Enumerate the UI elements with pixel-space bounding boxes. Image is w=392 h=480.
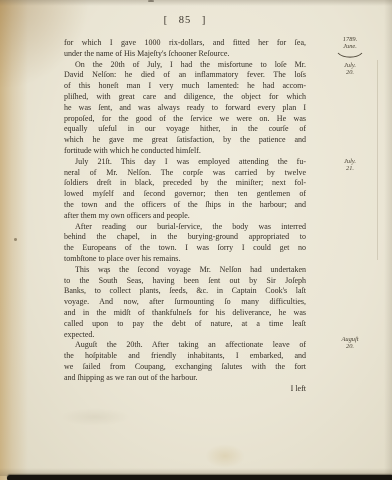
text-line: under the name of His Majeſty's ſchooner…	[64, 49, 306, 60]
text-line: pliſhed, with great care and diligence, …	[64, 92, 306, 103]
text-line: equally uſeful in our voyage hither, in …	[64, 124, 306, 135]
text-line: Auguſt the 20th. After taking an affecti…	[64, 340, 306, 351]
paper-crease	[377, 60, 378, 260]
sidenote: July.20.	[329, 62, 371, 77]
text-line: fortitude with which he conducted himſel…	[64, 146, 306, 157]
sidenote-line: 20.	[329, 343, 371, 350]
scanned-book-page: [ 85 ] for which I gave 1000 rix-dollars…	[0, 0, 392, 480]
sidenote-line: July.	[329, 158, 371, 165]
brace-icon	[337, 52, 363, 59]
ink-speck	[14, 238, 17, 241]
page-number: [ 85 ]	[64, 15, 306, 26]
catchword: I left	[64, 384, 307, 393]
sidenote-line: Auguſt	[329, 336, 371, 343]
text-line: after them my own officers and people.	[64, 211, 306, 222]
text-line: the town and the officers of the ſhips i…	[64, 200, 306, 211]
text-line: On the 20th of July, I had the misfortun…	[64, 60, 306, 71]
text-block: for which I gave 1000 rix-dollars, and f…	[64, 38, 306, 384]
text-line: he was ſent, and was always ready to for…	[64, 103, 306, 114]
text-line: for which I gave 1000 rix-dollars, and f…	[64, 38, 306, 49]
text-line: neral of Mr. Nelſon. The corpſe was carr…	[64, 168, 306, 179]
sidenote: July.21.	[329, 158, 371, 173]
text-line: which he gave me great ſatisfaction, by …	[64, 135, 306, 146]
scan-top-shadow	[0, 0, 392, 6]
scan-right-shadow	[384, 0, 392, 480]
text-line: David Nelſon: he died of an inflammatory…	[64, 70, 306, 81]
text-line: of this honeſt man I very much lamented:…	[64, 81, 306, 92]
text-line: July 21ſt. This day I was employed atten…	[64, 157, 306, 168]
text-line: lowed myſelf and ſecond governor; then t…	[64, 189, 306, 200]
text-line: propoſed, for the good of the ſervice we…	[64, 114, 306, 125]
scan-nick	[148, 0, 154, 2]
text-line: tombſtone to place over his remains.	[64, 254, 306, 265]
sidenote-line: 20.	[329, 69, 371, 76]
sidenote-line: 21.	[329, 165, 371, 172]
sidenote-lines: July.20.	[329, 62, 371, 77]
sidenote-line: 1789.	[329, 36, 371, 43]
scan-edge-bar	[7, 475, 392, 480]
text-line: and in the midſt of thankfulneſs for his…	[64, 308, 306, 319]
text-line: to the South Seas, having been ſent out …	[64, 276, 306, 287]
text-line: and ſhipping as we ran out of the harbou…	[64, 373, 306, 384]
text-line: behind the chapel, in the burying-ground…	[64, 232, 306, 243]
page-gutter-edge	[0, 0, 30, 480]
sidenote-line: July.	[329, 62, 371, 69]
paper-stain	[60, 408, 130, 426]
text-line: voyage. And now, after ſurmounting ſo ma…	[64, 297, 306, 308]
text-line: ſoldiers dreſt in black, preceded by the…	[64, 178, 306, 189]
sidenote-lines: Auguſt20.	[329, 336, 371, 351]
text-line: called upon to pay the debt of nature, a…	[64, 319, 306, 330]
text-line: we ſailed from Coupang, exchanging ſalut…	[64, 362, 306, 373]
text-line: expected.	[64, 330, 306, 341]
text-line: the hoſpitable and friendly inhabitants,…	[64, 351, 306, 362]
sidenote-line: June.	[329, 43, 371, 50]
sidenote: 1789.June.	[329, 36, 371, 59]
text-line: Banks, to collect plants, ſeeds, &c. in …	[64, 286, 306, 297]
text-line: After reading our burial-ſervice, the bo…	[64, 222, 306, 233]
sidenote: Auguſt20.	[329, 336, 371, 351]
sidenote-lines: 1789.June.	[329, 36, 371, 51]
sidenote-lines: July.21.	[329, 158, 371, 173]
paper-stain	[205, 444, 245, 468]
text-line: the Europeans of the town. I was ſorry I…	[64, 243, 306, 254]
text-line: This was the ſecond voyage Mr. Nelſon ha…	[64, 265, 306, 276]
